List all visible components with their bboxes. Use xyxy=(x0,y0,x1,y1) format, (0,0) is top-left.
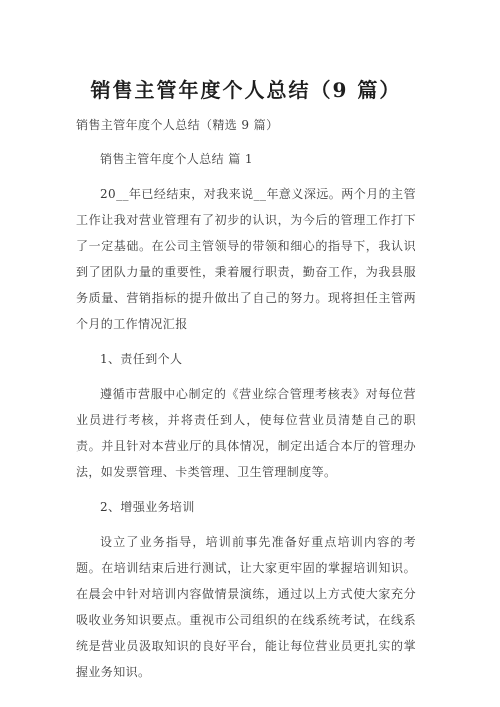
section-heading-2: 2、增强业务培训 xyxy=(76,494,416,520)
body-paragraph-2: 设立了业务指导，培训前事先准备好重点培训内容的考题。在培训结束后进行测试，让大家… xyxy=(76,529,416,685)
body-paragraph-1: 遵循市营服中心制定的《营业综合管理考核表》对每位营业员进行考核，并将责任到人，使… xyxy=(76,381,416,485)
page-title: 销售主管年度个人总结（9 篇） xyxy=(76,76,416,104)
doc-subtitle: 销售主管年度个人总结（精选 9 篇） xyxy=(76,112,416,138)
document-page: 销售主管年度个人总结（9 篇） 销售主管年度个人总结（精选 9 篇） 销售主管年… xyxy=(0,0,500,707)
body-paragraph-intro: 20__年已经结束，对我来说__年意义深远。两个月的主管工作让我对营业管理有了初… xyxy=(76,181,416,337)
section-heading-1: 1、责任到个人 xyxy=(76,346,416,372)
section-heading-part1: 销售主管年度个人总结 篇 1 xyxy=(76,146,416,172)
